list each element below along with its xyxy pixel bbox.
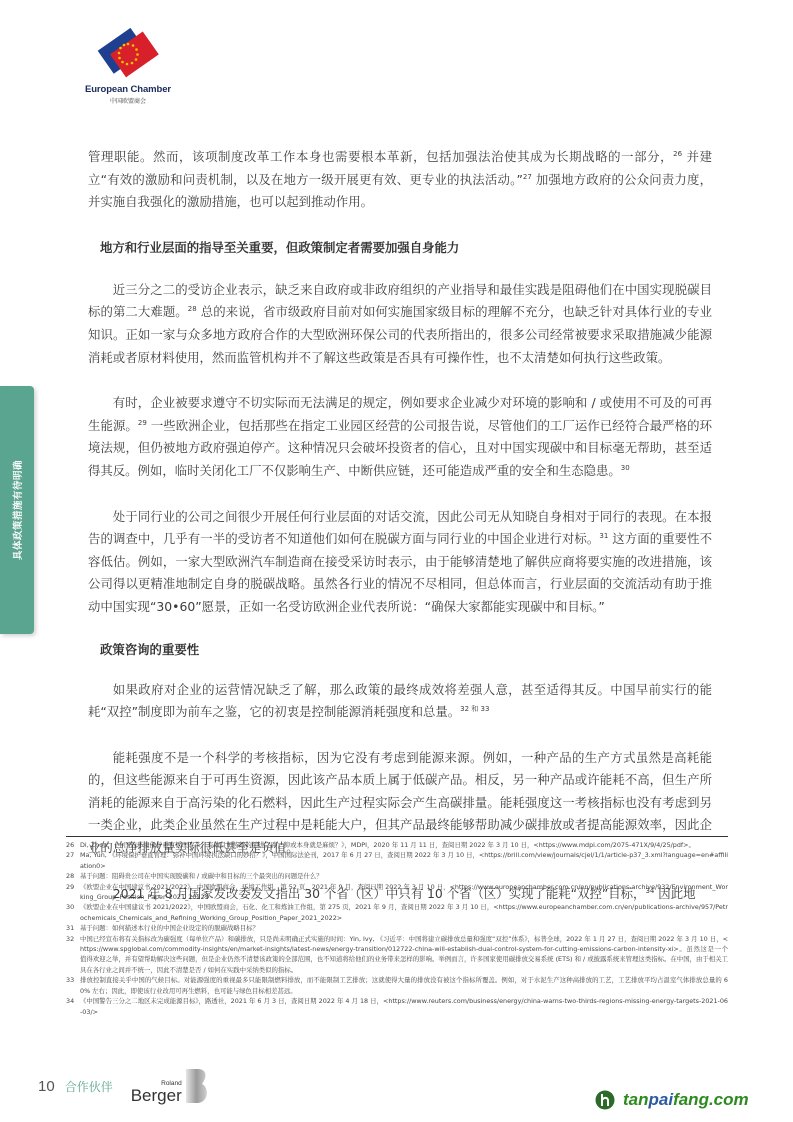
paragraph-4: 处于同行业的公司之间很少开展任何行业层面的对话交流，因此公司无从知晓自身相对于同…: [88, 506, 712, 619]
footnote-item: 28基于问题：阻碍贵公司在中国实现脱碳和 / 或碳中和目标的三个最突出的问题是什…: [66, 871, 728, 881]
footnote-ref[interactable]: 31: [599, 532, 608, 540]
watermark-text: tanpaifang.com: [623, 1090, 749, 1110]
section-heading: 政策咨询的重要性: [88, 639, 712, 661]
page-number: 10: [38, 1078, 55, 1095]
paragraph-3: 有时，企业被要求遵守不切实际而无法满足的规定，例如要求企业减少对环境的影响和 /…: [88, 392, 712, 482]
eu-chamber-flag-icon: [97, 28, 159, 80]
page-footer: 10 合作伙伴 Roland Berger: [38, 1068, 210, 1104]
footnotes: 26Di, Zhou, 《中国的环境保护垂直管理改革：有效且可持续的前进之路，抑…: [66, 840, 728, 1017]
footnote-item: 30《欧盟企业在中国建议书 2021/2022》，中国欧盟商会，石化、化工和炼油…: [66, 902, 728, 923]
main-content: 管理职能。然而，该项制度改革工作本身也需要根本革新，包括加强法治使其成为长期战略…: [88, 146, 712, 905]
footnote-ref[interactable]: 32 和 33: [460, 705, 489, 713]
footnote-ref[interactable]: 28: [188, 305, 197, 313]
footnote-ref[interactable]: 30: [621, 464, 630, 472]
tanpaifang-watermark: tanpaifang.com: [595, 1090, 749, 1110]
footnote-item: 26Di, Zhou, 《中国的环境保护垂直管理改革：有效且可持续的前进之路，抑…: [66, 840, 728, 850]
logo-name-en: European Chamber: [78, 84, 178, 95]
side-tab-label: 具体政策措施有待明确: [10, 460, 24, 560]
partner-label: 合作伙伴: [65, 1078, 113, 1095]
footnote-ref[interactable]: 27: [523, 172, 532, 180]
roland-berger-logo: Roland Berger: [131, 1068, 210, 1104]
section-side-tab: 具体政策措施有待明确: [0, 386, 34, 634]
footnote-ref[interactable]: 26: [673, 150, 682, 158]
footnote-ref[interactable]: 29: [138, 419, 147, 427]
logo-name-zh: 中国欧盟商会: [78, 96, 178, 105]
footnote-item: 34《中国警告三分之二地区未完成能源目标》，路透社，2021 年 6 月 3 日…: [66, 996, 728, 1017]
footnote-item: 27Ma, Yun, 《环境保护垂直管理：弥补中国环境执法缺口的妙招？》，中国国…: [66, 850, 728, 871]
section-heading: 地方和行业层面的指导至关重要，但政策制定者需要加强自身能力: [88, 237, 712, 259]
footnote-item: 29《欧盟企业在中国建议书 2021/2022》，中国欧盟商会，环境工作组，第 …: [66, 882, 728, 903]
footnote-item: 33排放控制直接关乎中国的气候目标。对能源强度的重视最多只能限制燃料排放，而不能…: [66, 975, 728, 996]
footnote-item: 31基于问题：如何描述本行业的中国企业设定的的脱碳战略目标？: [66, 923, 728, 933]
roland-berger-b-icon: [184, 1068, 210, 1104]
paragraph-5: 如果政府对企业的运营情况缺乏了解，那么政策的最终成效将差强人意，甚至适得其反。中…: [88, 679, 712, 724]
paragraph-2: 近三分之二的受访企业表示，缺乏来自政府或非政府组织的产业指导和最佳实践是阻碍他们…: [88, 279, 712, 369]
paragraph-1: 管理职能。然而，该项制度改革工作本身也需要根本革新，包括加强法治使其成为长期战略…: [88, 146, 712, 214]
tanpaifang-logo-icon: [595, 1090, 615, 1110]
footnote-item: 32中国已经宣布将有关指标改为碳强度（每单位产品）和碳排放，只是尚未明确正式实施…: [66, 934, 728, 976]
european-chamber-logo: European Chamber 中国欧盟商会: [78, 28, 178, 105]
footnote-divider: [66, 836, 728, 837]
